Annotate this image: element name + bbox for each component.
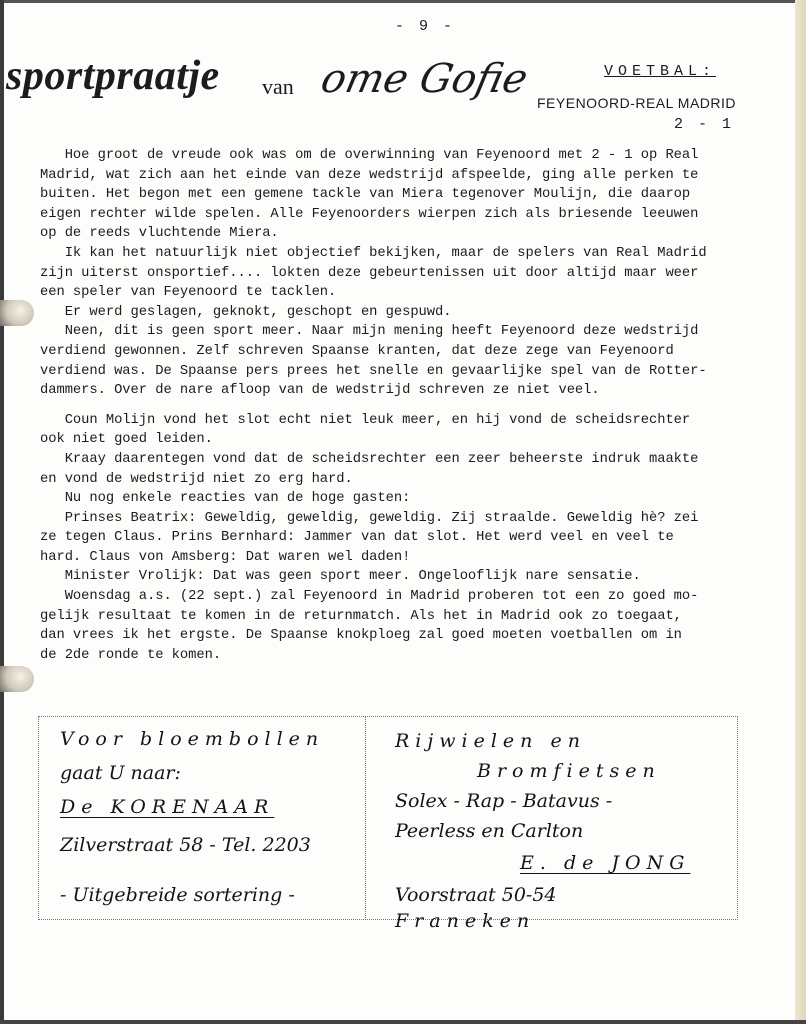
ad-right-line2: Bromfietsen (477, 760, 661, 782)
match-score: 2 - 1 (674, 116, 734, 133)
column-title-van: van (262, 74, 294, 100)
article-paragraph: Minister Vrolijk: Dat was geen sport mee… (40, 567, 760, 587)
page-number: - 9 - (395, 18, 455, 35)
section-label: VOETBAL: (604, 63, 716, 80)
page-bottom-edge (0, 1020, 806, 1024)
article-paragraph: Kraay daarentegen vond dat de scheidsrec… (40, 450, 760, 489)
ad-right-brands2: Peerless en Carlton (395, 820, 583, 842)
binder-ring-icon (0, 300, 34, 326)
ad-left-line2: gaat U naar: (60, 762, 181, 784)
ad-right-city: Franeken (395, 910, 535, 932)
article-paragraph: Coun Molijn vond het slot echt niet leuk… (40, 411, 760, 450)
ad-left-address: Zilverstraat 58 - Tel. 2203 (60, 834, 311, 856)
article-paragraph: Er werd geslagen, geknokt, geschopt en g… (40, 303, 760, 323)
article-paragraph: Prinses Beatrix: Geweldig, geweldig, gew… (40, 509, 760, 568)
ad-left-shop-name: De KORENAAR (60, 796, 274, 818)
article-paragraph: Nu nog enkele reacties van de hoge gaste… (40, 489, 760, 509)
page-top-edge (0, 0, 806, 3)
advertisement-divider (365, 716, 366, 920)
page-left-edge (0, 0, 4, 1024)
ad-right-line1: Rijwielen en (395, 730, 586, 752)
article-paragraph: Neen, dit is geen sport meer. Naar mijn … (40, 322, 760, 400)
match-title: FEYENOORD-REAL MADRID (537, 95, 736, 111)
ad-right-address: Voorstraat 50-54 (395, 884, 557, 906)
paragraph-gap (40, 401, 760, 411)
article-body: Hoe groot de vreude ook was om de overwi… (40, 146, 760, 665)
ad-left-tagline: - Uitgebreide sortering - (60, 884, 295, 906)
column-author-signature: ome Gofie (317, 56, 532, 102)
ad-right-shop-name: E. de JONG (520, 852, 690, 874)
article-paragraph: Hoe groot de vreude ook was om de overwi… (40, 146, 760, 244)
page-right-edge (795, 0, 806, 1024)
article-paragraph: Ik kan het natuurlijk niet objectief bek… (40, 244, 760, 303)
article-paragraph: Woensdag a.s. (22 sept.) zal Feyenoord i… (40, 587, 760, 665)
ad-right-brands1: Solex - Rap - Batavus - (395, 790, 612, 812)
ad-left-line1: Voor bloembollen (60, 728, 324, 750)
binder-ring-icon (0, 666, 34, 692)
column-title: sportpraatje (6, 52, 220, 100)
